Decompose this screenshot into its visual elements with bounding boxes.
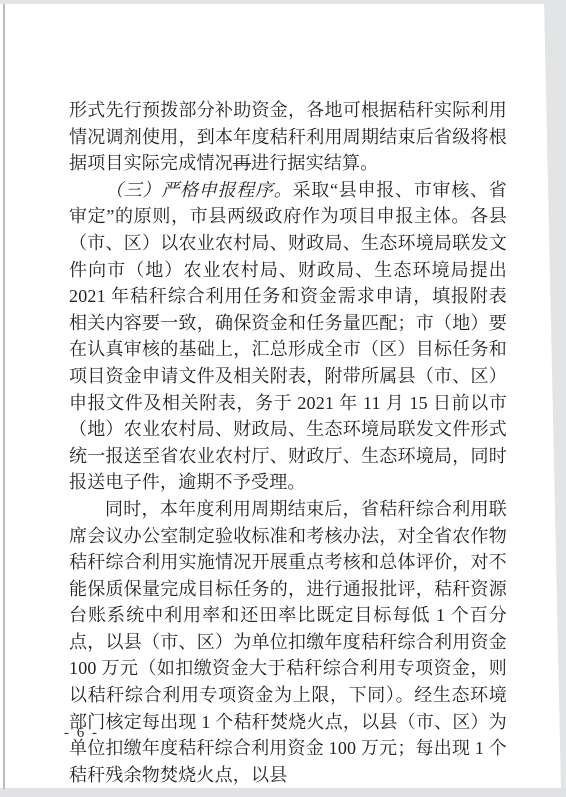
scan-page-edge-line: [3, 4, 5, 789]
kaiti-heading: （三）严格申报程序。: [105, 180, 293, 200]
scan-border-top: [0, 0, 566, 4]
paragraph-settlement: 形式先行预拨部分补助资金，各地可根据秸秆实际利用情况调剂使用，到本年度秸秆利用周…: [69, 97, 507, 177]
page-number: - 6 -: [64, 725, 99, 742]
scanned-document-page: 形式先行预拨部分补助资金，各地可根据秸秆实际利用情况调剂使用，到本年度秸秆利用周…: [0, 0, 566, 797]
scan-border-bottom: [0, 788, 566, 797]
document-body: 形式先行预拨部分补助资金，各地可根据秸秆实际利用情况调剂使用，到本年度秸秆利用周…: [69, 97, 507, 788]
paragraph-assessment: 同时，本年度利用周期结束后，省秸秆综合利用联席会议办公室制定验收标准和考核办法，…: [69, 496, 507, 789]
paragraph-text: 进行据实结算。: [251, 153, 378, 173]
scan-border-right: [544, 0, 566, 797]
struck-text: 再: [233, 153, 251, 173]
paragraph-text: 采取“县申报、市审核、省审定”的原则，市县两级政府作为项目申报主体。各县（市、区…: [69, 180, 507, 493]
paragraph-application-procedure: （三）严格申报程序。采取“县申报、市审核、省审定”的原则，市县两级政府作为项目申…: [69, 177, 507, 496]
